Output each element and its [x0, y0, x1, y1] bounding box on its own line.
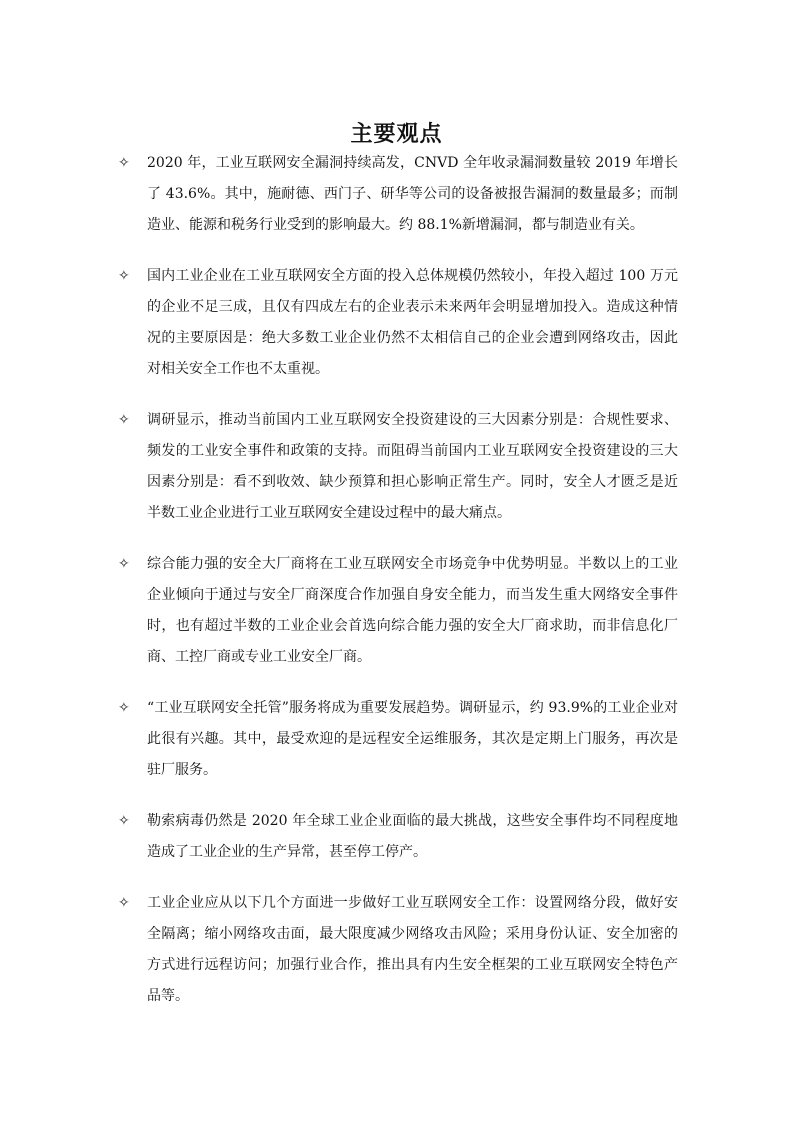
diamond-star-bullet-icon: ✧: [118, 693, 130, 724]
diamond-star-bullet-icon: ✧: [118, 148, 130, 179]
diamond-star-bullet-icon: ✧: [118, 261, 130, 292]
key-point-6: ✧ 勒索病毒仍然是 2020 年全球工业企业面临的最大挑战，这些安全事件均不同程…: [118, 806, 678, 868]
key-point-text: 勒索病毒仍然是 2020 年全球工业企业面临的最大挑战，这些安全事件均不同程度地…: [147, 806, 678, 868]
key-point-3: ✧ 调研显示，推动当前国内工业互联网安全投资建设的三大因素分别是：合规性要求、频…: [118, 405, 678, 529]
key-point-7: ✧ 工业企业应从以下几个方面进一步做好工业互联网安全工作：设置网络分段，做好安全…: [118, 888, 678, 1012]
key-points-list: ✧ 2020 年，工业互联网安全漏洞持续高发，CNVD 全年收录漏洞数量较 20…: [118, 148, 678, 1032]
key-point-text: 国内工业企业在工业互联网安全方面的投入总体规模仍然较小，年投入超过 100 万元…: [147, 261, 678, 385]
key-point-2: ✧ 国内工业企业在工业互联网安全方面的投入总体规模仍然较小，年投入超过 100 …: [118, 261, 678, 385]
key-point-5: ✧ “工业互联网安全托管”服务将成为重要发展趋势。调研显示，约 93.9%的工业…: [118, 693, 678, 786]
diamond-star-bullet-icon: ✧: [118, 806, 130, 837]
key-point-4: ✧ 综合能力强的安全大厂商将在工业互联网安全市场竞争中优势明显。半数以上的工业企…: [118, 549, 678, 673]
key-point-text: 2020 年，工业互联网安全漏洞持续高发，CNVD 全年收录漏洞数量较 2019…: [147, 148, 678, 241]
key-point-1: ✧ 2020 年，工业互联网安全漏洞持续高发，CNVD 全年收录漏洞数量较 20…: [118, 148, 678, 241]
diamond-star-bullet-icon: ✧: [118, 888, 130, 919]
diamond-star-bullet-icon: ✧: [118, 549, 130, 580]
page-title: 主要观点: [0, 117, 793, 148]
key-point-text: 调研显示，推动当前国内工业互联网安全投资建设的三大因素分别是：合规性要求、频发的…: [147, 405, 678, 529]
diamond-star-bullet-icon: ✧: [118, 405, 130, 436]
key-point-text: “工业互联网安全托管”服务将成为重要发展趋势。调研显示，约 93.9%的工业企业…: [147, 693, 678, 786]
key-point-text: 综合能力强的安全大厂商将在工业互联网安全市场竞争中优势明显。半数以上的工业企业倾…: [147, 549, 678, 673]
key-point-text: 工业企业应从以下几个方面进一步做好工业互联网安全工作：设置网络分段，做好安全隔离…: [147, 888, 678, 1012]
